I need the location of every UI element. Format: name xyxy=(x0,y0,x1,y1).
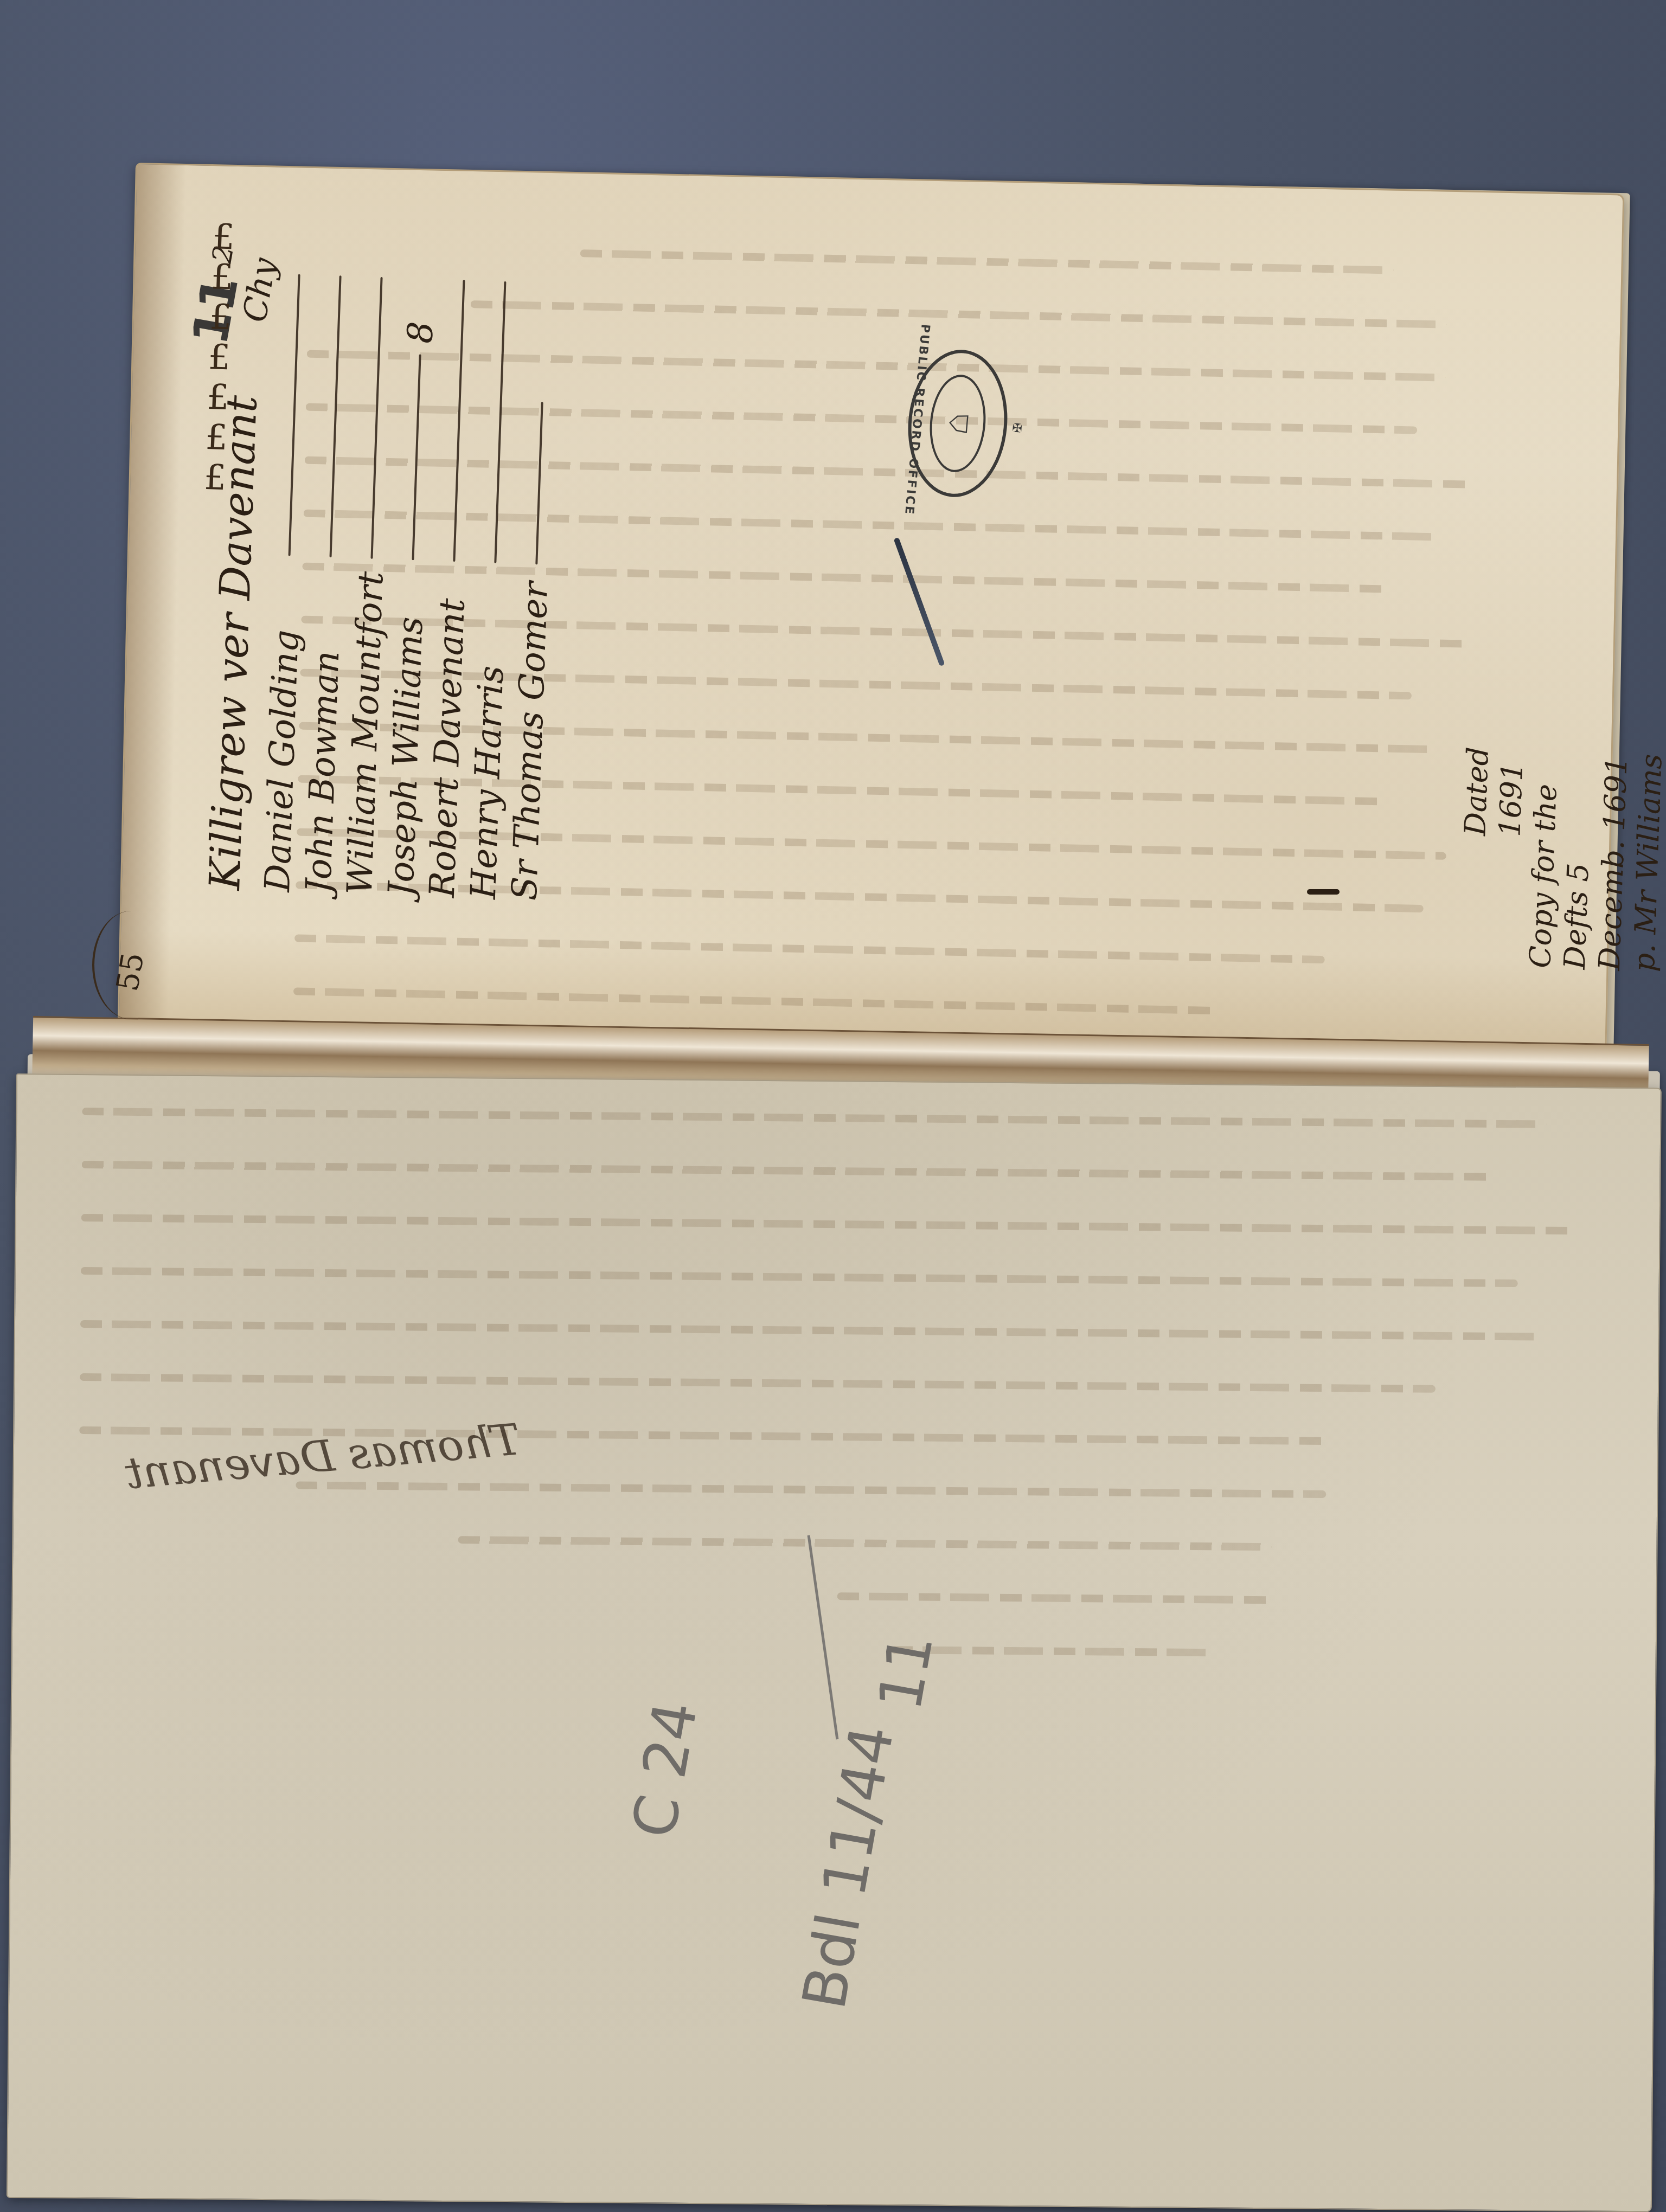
endorsement: Dated 1691 Copy for the Defts 5 Decemb. … xyxy=(1453,747,1666,978)
pencil-item-number: 11 xyxy=(865,1629,946,1715)
amount-line xyxy=(494,281,506,563)
shield-icon: ⛉ xyxy=(926,372,989,474)
amount-line xyxy=(412,354,421,560)
bleed-through-text xyxy=(77,1108,1600,1705)
ink-dash-mark xyxy=(1307,889,1340,895)
amount-line xyxy=(453,280,465,562)
amount-line xyxy=(370,277,382,559)
endorsement-copy-line: Copy for the Defts 5 Decemb. 1691 p. Mr … xyxy=(1523,749,1666,972)
amount-line xyxy=(289,274,300,556)
names-list: Killigrew ver Davenant Daniel Golding Jo… xyxy=(201,272,567,902)
endorsement-date: Dated 1691 xyxy=(1458,747,1530,838)
circled-number: 55 xyxy=(110,950,151,994)
amount-note: 8 xyxy=(400,321,441,344)
amount-line xyxy=(535,402,543,564)
amount-line xyxy=(330,275,342,557)
manuscript-lower-leaf xyxy=(7,1073,1662,2212)
